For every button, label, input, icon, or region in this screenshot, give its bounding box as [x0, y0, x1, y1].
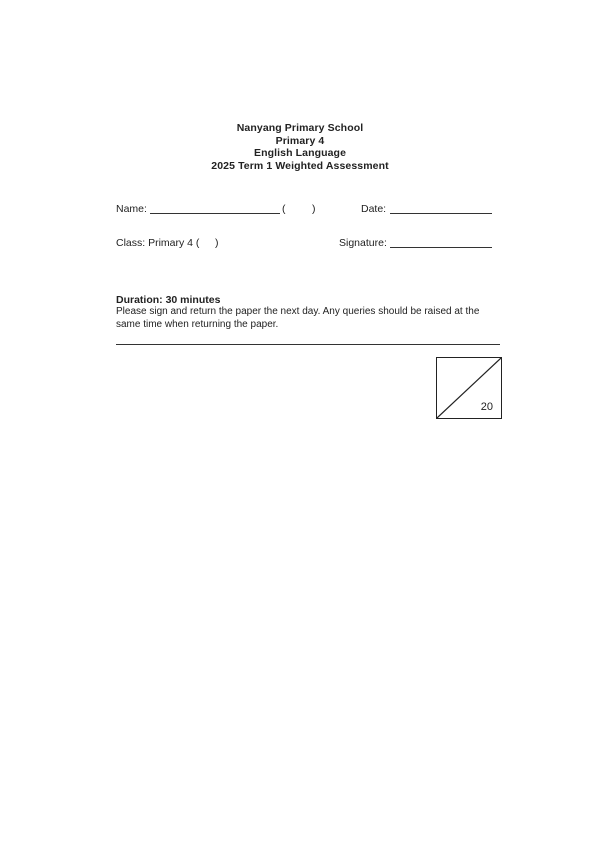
score-box: 20: [436, 357, 502, 419]
score-total: 20: [481, 401, 493, 413]
class-label: Class: Primary 4 (: [116, 237, 199, 249]
level: Primary 4: [0, 135, 600, 148]
signature-field[interactable]: [390, 247, 492, 248]
class-close-paren: ): [215, 237, 219, 249]
name-label: Name:: [116, 203, 147, 215]
school-name: Nanyang Primary School: [0, 122, 600, 135]
assessment-cover-page: Nanyang Primary School Primary 4 English…: [0, 0, 600, 849]
date-label: Date:: [361, 203, 386, 215]
register-open-paren: (: [282, 203, 286, 215]
section-divider: [116, 344, 500, 345]
duration-title: Duration: 30 minutes: [116, 294, 220, 306]
signature-label: Signature:: [339, 237, 387, 249]
register-close-paren: ): [312, 203, 316, 215]
paper-header: Nanyang Primary School Primary 4 English…: [0, 122, 600, 172]
name-field[interactable]: [150, 213, 280, 214]
subject: English Language: [0, 147, 600, 160]
assessment-title: 2025 Term 1 Weighted Assessment: [0, 160, 600, 173]
instructions-text: Please sign and return the paper the nex…: [116, 306, 496, 331]
date-field[interactable]: [390, 213, 492, 214]
